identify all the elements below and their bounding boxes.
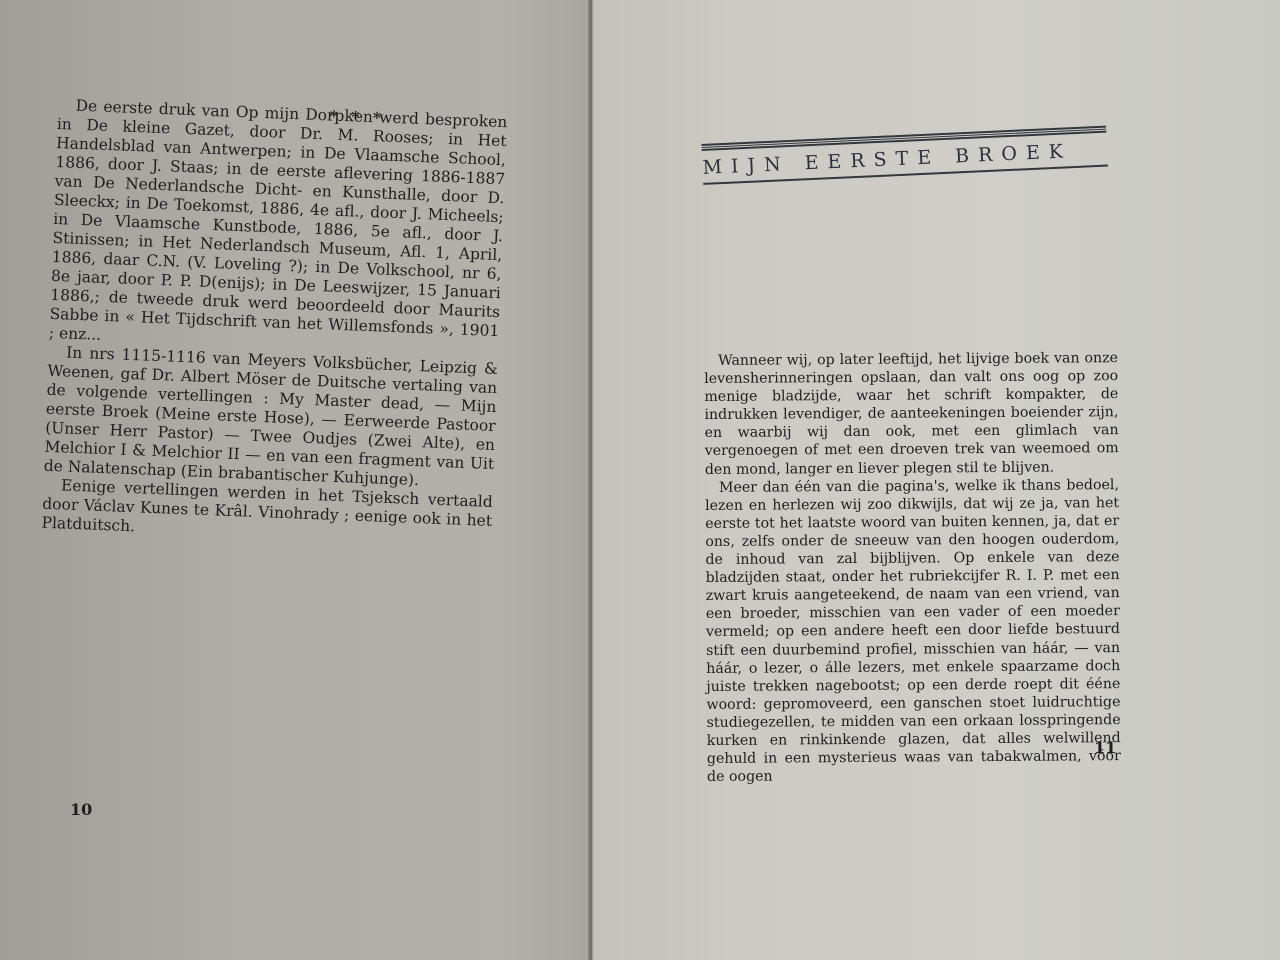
- paragraph-opening: Wanneer wij, op later leeftijd, het lijv…: [704, 349, 1119, 479]
- right-page-text: Wanneer wij, op later leeftijd, het lijv…: [704, 349, 1121, 786]
- paragraph-reviews: De eerste druk van Op mijn Dorpken werd …: [49, 96, 508, 360]
- left-page: * * * De eerste druk van Op mijn Dorpken…: [0, 0, 592, 960]
- paragraph-german-translation: In nrs 1115-1116 van Meyers Volksbücher,…: [43, 343, 498, 493]
- book-gutter: [588, 0, 594, 960]
- paragraph-memories: Meer dan één van die pagina's, welke ik …: [705, 476, 1121, 786]
- page-number-left: 10: [70, 800, 92, 819]
- left-page-text: * * * De eerste druk van Op mijn Dorpken…: [41, 96, 507, 550]
- page-number-right: 11: [1094, 738, 1116, 757]
